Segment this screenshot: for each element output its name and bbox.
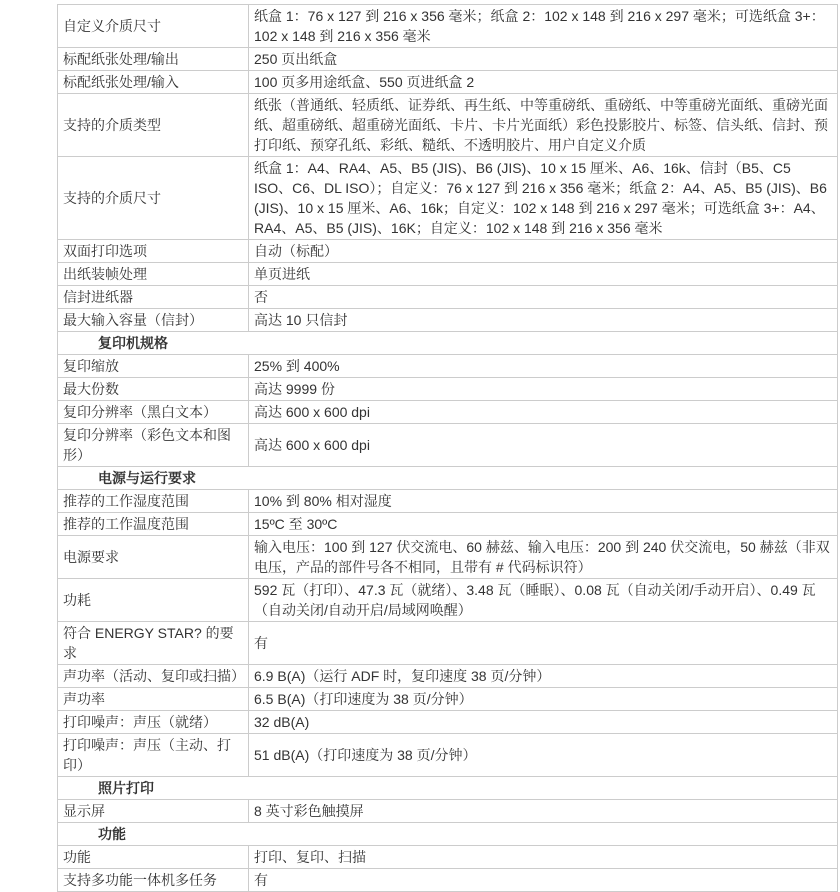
spec-value: 250 页出纸盒 bbox=[249, 48, 838, 71]
table-row: 标配纸张处理/输出 250 页出纸盒 bbox=[58, 48, 838, 71]
spec-label: 复印缩放 bbox=[58, 355, 249, 378]
spec-label: 出纸装帧处理 bbox=[58, 263, 249, 286]
spec-value: 51 dB(A)（打印速度为 38 页/分钟） bbox=[249, 734, 838, 777]
spec-value: 有 bbox=[249, 869, 838, 892]
table-row: 功耗 592 瓦（打印）、47.3 瓦（就绪）、3.48 瓦（睡眠）、0.08 … bbox=[58, 579, 838, 622]
spec-label: 复印分辨率（彩色文本和图形） bbox=[58, 424, 249, 467]
table-row: 支持的介质类型 纸张（普通纸、轻质纸、证券纸、再生纸、中等重磅纸、重磅纸、中等重… bbox=[58, 94, 838, 157]
table-row: 声功率（活动、复印或扫描） 6.9 B(A)（运行 ADF 时，复印速度 38 … bbox=[58, 665, 838, 688]
section-header-row: 电源与运行要求 bbox=[58, 467, 838, 490]
spec-label: 信封进纸器 bbox=[58, 286, 249, 309]
spec-label: 支持多功能一体机多任务 bbox=[58, 869, 249, 892]
table-row: 自定义介质尺寸 纸盒 1：76 x 127 到 216 x 356 毫米；纸盒 … bbox=[58, 5, 838, 48]
spec-value: 10% 到 80% 相对湿度 bbox=[249, 490, 838, 513]
spec-label: 最大输入容量（信封） bbox=[58, 309, 249, 332]
section-title: 电源与运行要求 bbox=[58, 467, 838, 490]
spec-value: 高达 10 只信封 bbox=[249, 309, 838, 332]
spec-label: 自定义介质尺寸 bbox=[58, 5, 249, 48]
table-row: 符合 ENERGY STAR? 的要求 有 bbox=[58, 622, 838, 665]
section-header-row: 复印机规格 bbox=[58, 332, 838, 355]
spec-value: 6.5 B(A)（打印速度为 38 页/分钟） bbox=[249, 688, 838, 711]
spec-value: 高达 9999 份 bbox=[249, 378, 838, 401]
table-row: 推荐的工作温度范围 15ºC 至 30ºC bbox=[58, 513, 838, 536]
spec-label: 打印噪声：声压（主动、打印） bbox=[58, 734, 249, 777]
table-row: 复印缩放 25% 到 400% bbox=[58, 355, 838, 378]
spec-label: 支持的介质尺寸 bbox=[58, 157, 249, 240]
spec-value: 592 瓦（打印）、47.3 瓦（就绪）、3.48 瓦（睡眠）、0.08 瓦（自… bbox=[249, 579, 838, 622]
spec-value: 打印、复印、扫描 bbox=[249, 846, 838, 869]
table-row: 打印噪声：声压（主动、打印） 51 dB(A)（打印速度为 38 页/分钟） bbox=[58, 734, 838, 777]
table-row: 最大份数 高达 9999 份 bbox=[58, 378, 838, 401]
section-title: 复印机规格 bbox=[58, 332, 838, 355]
spec-label: 推荐的工作湿度范围 bbox=[58, 490, 249, 513]
spec-value: 8 英寸彩色触摸屏 bbox=[249, 800, 838, 823]
spec-label: 双面打印选项 bbox=[58, 240, 249, 263]
spec-label: 显示屏 bbox=[58, 800, 249, 823]
section-title: 照片打印 bbox=[58, 777, 838, 800]
spec-value: 纸张（普通纸、轻质纸、证券纸、再生纸、中等重磅纸、重磅纸、中等重磅光面纸、重磅光… bbox=[249, 94, 838, 157]
spec-label: 推荐的工作温度范围 bbox=[58, 513, 249, 536]
table-row: 声功率 6.5 B(A)（打印速度为 38 页/分钟） bbox=[58, 688, 838, 711]
section-title: 功能 bbox=[58, 823, 838, 846]
table-row: 最大输入容量（信封） 高达 10 只信封 bbox=[58, 309, 838, 332]
table-row: 出纸装帧处理 单页进纸 bbox=[58, 263, 838, 286]
spec-value: 纸盒 1：76 x 127 到 216 x 356 毫米；纸盒 2：102 x … bbox=[249, 5, 838, 48]
table-row: 电源要求 输入电压：100 到 127 伏交流电、60 赫兹、输入电压：200 … bbox=[58, 536, 838, 579]
spec-label: 标配纸张处理/输入 bbox=[58, 71, 249, 94]
spec-value: 15ºC 至 30ºC bbox=[249, 513, 838, 536]
table-row: 复印分辨率（黑白文本） 高达 600 x 600 dpi bbox=[58, 401, 838, 424]
spec-value: 高达 600 x 600 dpi bbox=[249, 424, 838, 467]
table-row: 标配纸张处理/输入 100 页多用途纸盒、550 页进纸盒 2 bbox=[58, 71, 838, 94]
spec-value: 32 dB(A) bbox=[249, 711, 838, 734]
spec-label: 符合 ENERGY STAR? 的要求 bbox=[58, 622, 249, 665]
table-row: 打印噪声：声压（就绪） 32 dB(A) bbox=[58, 711, 838, 734]
spec-label: 声功率（活动、复印或扫描） bbox=[58, 665, 249, 688]
spec-value: 25% 到 400% bbox=[249, 355, 838, 378]
spec-value: 单页进纸 bbox=[249, 263, 838, 286]
spec-value: 高达 600 x 600 dpi bbox=[249, 401, 838, 424]
spec-value: 100 页多用途纸盒、550 页进纸盒 2 bbox=[249, 71, 838, 94]
table-row: 支持的介质尺寸 纸盒 1：A4、RA4、A5、B5 (JIS)、B6 (JIS)… bbox=[58, 157, 838, 240]
table-row: 信封进纸器 否 bbox=[58, 286, 838, 309]
spec-label: 打印噪声：声压（就绪） bbox=[58, 711, 249, 734]
spec-label: 电源要求 bbox=[58, 536, 249, 579]
table-row: 复印分辨率（彩色文本和图形） 高达 600 x 600 dpi bbox=[58, 424, 838, 467]
spec-value: 有 bbox=[249, 622, 838, 665]
spec-value: 纸盒 1：A4、RA4、A5、B5 (JIS)、B6 (JIS)、10 x 15… bbox=[249, 157, 838, 240]
table-row: 支持多功能一体机多任务 有 bbox=[58, 869, 838, 892]
spec-value: 否 bbox=[249, 286, 838, 309]
table-row: 双面打印选项 自动（标配） bbox=[58, 240, 838, 263]
spec-label: 功耗 bbox=[58, 579, 249, 622]
spec-value: 自动（标配） bbox=[249, 240, 838, 263]
spec-value: 6.9 B(A)（运行 ADF 时，复印速度 38 页/分钟） bbox=[249, 665, 838, 688]
spec-label: 标配纸张处理/输出 bbox=[58, 48, 249, 71]
printer-spec-table: 自定义介质尺寸 纸盒 1：76 x 127 到 216 x 356 毫米；纸盒 … bbox=[57, 4, 838, 892]
spec-label: 最大份数 bbox=[58, 378, 249, 401]
table-row: 功能 打印、复印、扫描 bbox=[58, 846, 838, 869]
section-header-row: 功能 bbox=[58, 823, 838, 846]
spec-label: 功能 bbox=[58, 846, 249, 869]
spec-label: 支持的介质类型 bbox=[58, 94, 249, 157]
table-row: 显示屏 8 英寸彩色触摸屏 bbox=[58, 800, 838, 823]
spec-label: 复印分辨率（黑白文本） bbox=[58, 401, 249, 424]
table-row: 推荐的工作湿度范围 10% 到 80% 相对湿度 bbox=[58, 490, 838, 513]
section-header-row: 照片打印 bbox=[58, 777, 838, 800]
spec-value: 输入电压：100 到 127 伏交流电、60 赫兹、输入电压：200 到 240… bbox=[249, 536, 838, 579]
spec-label: 声功率 bbox=[58, 688, 249, 711]
